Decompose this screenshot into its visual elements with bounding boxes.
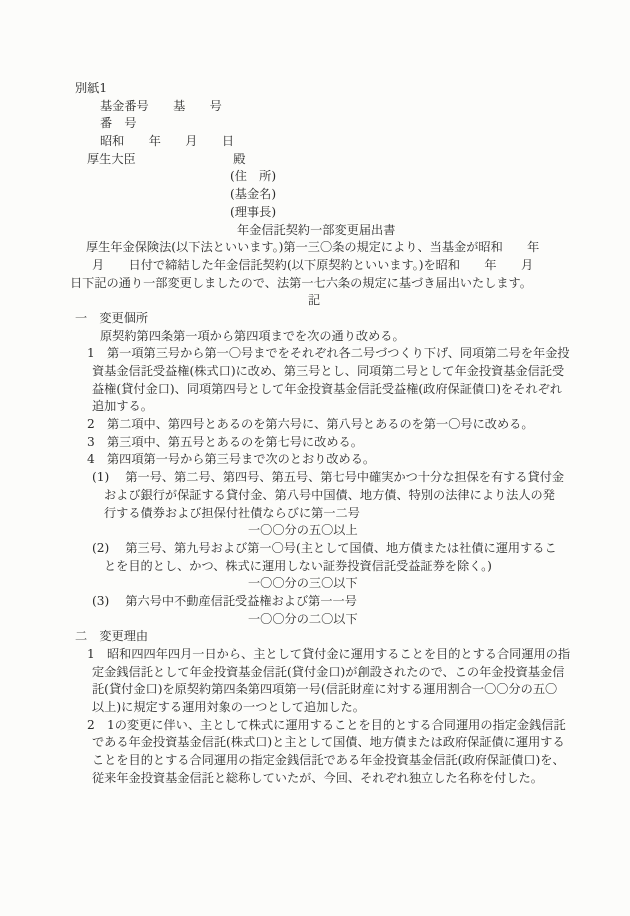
section1-item4-sub3-line: (3) 第六号中不動産信託受益権および第一一号 bbox=[92, 593, 630, 611]
sender-director-field: (理事長) bbox=[230, 204, 630, 222]
section2-item1-line: 託(貸付金口)を原契約第四条第四項第一号(信託財産に対する運用割合一〇〇分の五〇 bbox=[92, 681, 630, 699]
ratio-line: 一〇〇分の二〇以下 bbox=[248, 611, 630, 629]
section1-item1-line: 1 第一項第三号から第一〇号までをそれぞれ各二号づつくり下げ、同項第二号を年金投 bbox=[87, 345, 630, 363]
section2-item1-line: 定金銭信託として年金投資基金信託(貸付金口)が創設されたので、この年金投資基金信 bbox=[92, 664, 630, 682]
ratio-line: 一〇〇分の三〇以下 bbox=[248, 575, 630, 593]
attachment-label: 別紙1 bbox=[75, 80, 630, 98]
section1-intro: 原契約第四条第一項から第四項までを次の通り改める。 bbox=[100, 328, 630, 346]
section1-item4-sub2-line: とを目的とし、かつ、株式に運用しない証券投資信託受益証券を除く。) bbox=[104, 558, 630, 576]
section2-item2-line: である年金投資基金信託(株式口)と主として国債、地方債または政府保証債に運用する bbox=[92, 734, 630, 752]
section2-item2-line: 2 1の変更に伴い、主として株式に運用することを目的とする合同運用の指定金銭信託 bbox=[87, 717, 630, 735]
sender-address-field: (住 所) bbox=[230, 168, 630, 186]
ratio-line: 一〇〇分の五〇以上 bbox=[248, 522, 630, 540]
section1-item4-sub1-line: (1) 第一号、第二号、第四号、第五号、第七号中確実かつ十分な担保を有する貸付金 bbox=[92, 469, 630, 487]
section1-item4-lead: 4 第四項第一号から第三号まで次のとおり改める。 bbox=[87, 451, 630, 469]
section2-item1-line: 1 昭和四四年四月一日から、主として貸付金に運用することを目的とする合同運用の指 bbox=[87, 646, 630, 664]
fund-number-line: 基金番号 基 号 bbox=[100, 98, 630, 116]
section1-item2-line: 2 第二項中、第四号とあるのを第六号に、第八号とあるのを第一〇号に改める。 bbox=[87, 416, 630, 434]
section2-item1-line: 以上)に規定する運用対象の一つとして追加した。 bbox=[92, 699, 630, 717]
record-marker: 記 bbox=[308, 292, 630, 310]
number-line: 番 号 bbox=[100, 115, 630, 133]
section1-item1-line: 資基金信託受益権(株式口)に改め、第三号とし、同項第二号として年金投資基金信託受 bbox=[92, 363, 630, 381]
section2-item2-line: ことを目的とする合同運用の指定金銭信託である年金投資基金信託(政府保証債口)を、 bbox=[92, 752, 630, 770]
section1-item4-sub1-line: および銀行が保証する貸付金、第八号中国債、地方債、特別の法律により法人の発 bbox=[104, 487, 630, 505]
preamble-line: 月 日付で締結した年金信託契約(以下原契約といいます。)を昭和 年 月 bbox=[92, 257, 630, 275]
section1-item1-line: 追加する。 bbox=[92, 398, 630, 416]
section2-heading: 二 変更理由 bbox=[75, 628, 630, 646]
section1-heading: 一 変更個所 bbox=[75, 310, 630, 328]
addressee-line: 厚生大臣 殿 bbox=[87, 151, 630, 169]
section1-item4-sub2-line: (2) 第三号、第九号および第一〇号(主として国債、地方債または社債に運用するこ bbox=[92, 540, 630, 558]
preamble-line: 日下記の通り一部変更しましたので、法第一七六条の規定に基づき届出いたします。 bbox=[70, 275, 630, 293]
document-page: 別紙1 基金番号 基 号 番 号 昭和 年 月 日 厚生大臣 殿 (住 所) (… bbox=[0, 0, 630, 916]
section1-item1-line: 益権(貸付金口)、同項第四号として年金投資基金信託受益権(政府保証債口)をそれぞ… bbox=[92, 381, 630, 399]
section1-item4-sub1-line: 行する債券および担保付社債ならびに第一二号 bbox=[104, 505, 630, 523]
document-title: 年金信託契約一部変更届出書 bbox=[237, 222, 630, 240]
sender-fund-name-field: (基金名) bbox=[230, 186, 630, 204]
preamble-line: 厚生年金保険法(以下法といいます。)第一三〇条の規定により、当基金が昭和 年 bbox=[86, 239, 630, 257]
date-line: 昭和 年 月 日 bbox=[100, 133, 630, 151]
section1-item3-line: 3 第三項中、第五号とあるのを第七号に改める。 bbox=[87, 434, 630, 452]
section2-item2-line: 従来年金投資基金信託と総称していたが、今回、それぞれ独立した名称を付した。 bbox=[92, 770, 630, 788]
